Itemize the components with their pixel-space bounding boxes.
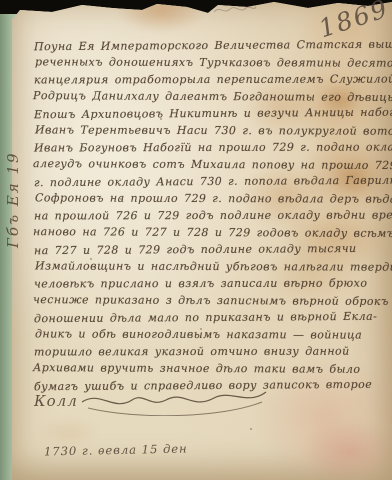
manuscript-line: Софроновъ на прошло 729 г. подано вѣдала… — [35, 189, 379, 207]
signature-row: Колл — [34, 386, 270, 416]
manuscript-line: г. подлине окладу Анаси 730 г. попола вѣ… — [34, 172, 378, 191]
manuscript-line: реченныхъ доношенияхъ Турчказовъ девятин… — [35, 53, 379, 71]
manuscript-text: Поуна Ея Императорского Величества Статс… — [34, 37, 378, 394]
manuscript-line: Измайловщинъ и наслѣдний убѣговъ налѣгал… — [35, 257, 379, 275]
manuscript-line: Архивами вручить значное дѣло таки вамъ … — [33, 359, 377, 378]
manuscript-line: Иванъ Терентьевичъ Наси 730 г. въ полукр… — [35, 121, 379, 139]
signature-flourish — [80, 386, 270, 416]
manuscript-line: человѣкъ прислано и взялъ записали вѣрно… — [34, 275, 378, 293]
manuscript-line: Епошъ Архиповцовъ Никитинѣ и везучи Анни… — [34, 104, 378, 123]
stain — [300, 420, 392, 480]
manuscript-line: Иванъ Богуновъ Набогїй на прошло 729 г. … — [34, 139, 378, 157]
manuscript-line: дникъ и обѣ виногодливымъ наказати — вой… — [35, 325, 379, 343]
manuscript-scan: 1869 Гбъ Ея 19 Поуна Ея Императорского В… — [0, 0, 392, 480]
signature-text: Колл — [34, 392, 78, 410]
margin-note: Гбъ Ея 19 — [4, 151, 22, 248]
manuscript-line: доношении дѣла мало по приказанъ и вѣрно… — [34, 308, 378, 327]
manuscript-line: на 727 и 728 и 729 годъ подлине окладу т… — [34, 240, 378, 259]
pencil-scribble — [212, 2, 258, 18]
manuscript-line: алегудъ очинковъ сотъ Михаила попову на … — [33, 155, 377, 174]
speck — [250, 428, 252, 430]
stain — [118, 0, 204, 32]
manuscript-line: канцелярия отработорыла переписателемъ С… — [34, 71, 378, 89]
manuscript-line: Поуна Ея Императорского Величества Статс… — [34, 36, 378, 55]
bottom-date-note: 1730 г. ѳевла 15 ден — [44, 441, 188, 458]
manuscript-line: торишло великая указной отчино внизу дан… — [34, 343, 378, 361]
manuscript-line: наново на 726 и 727 и 728 и 729 годовъ о… — [33, 223, 377, 242]
manuscript-line: чесниже приказано з дѣлъ записнымъ вѣрно… — [33, 291, 377, 310]
manuscript-line: Родрицъ Данилхалу далеантъ Богданошты ег… — [33, 87, 377, 106]
manuscript-line: на прошлой 726 и 729 годъ подлине окладу… — [34, 207, 378, 225]
